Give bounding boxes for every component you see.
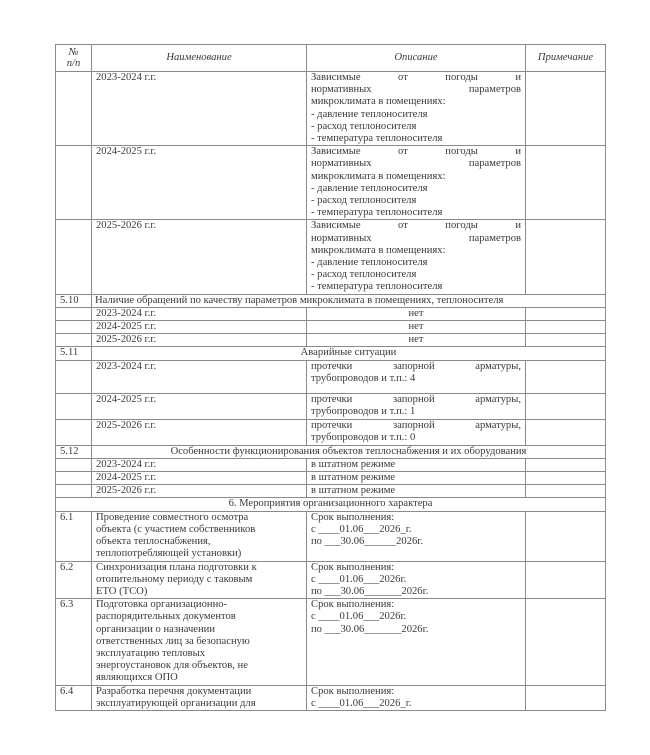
table-row: 2025-2026 г.г. нет	[56, 334, 606, 347]
deadline-cell: Срок выполнения: с ____01.06___2026_г.	[307, 685, 526, 710]
deadline-cell: Срок выполнения: с ____01.06___2026г. по…	[307, 561, 526, 599]
period-cell: 2024-2025 г.г.	[92, 472, 307, 485]
value-cell: в штатном режиме	[307, 472, 526, 485]
period-cell: 2024-2025 г.г.	[92, 146, 307, 220]
row-number: 5.12	[56, 445, 92, 458]
document-table: № п/п Наименование Описание Примечание 2…	[55, 44, 606, 711]
section-title: Аварийные ситуации	[92, 347, 606, 360]
description-cell: протечки запорной арматуры, трубопроводо…	[307, 419, 526, 445]
value-cell: нет	[307, 334, 526, 347]
period-cell: 2024-2025 г.г.	[92, 393, 307, 419]
section-row-5-10: 5.10 Наличие обращений по качеству парам…	[56, 294, 606, 307]
description-cell: протечки запорной арматуры, трубопроводо…	[307, 393, 526, 419]
note-cell	[526, 334, 606, 347]
name-cell: Разработка перечня документации эксплуат…	[92, 685, 307, 710]
row-number: 5.10	[56, 294, 92, 307]
period-cell: 2025-2026 г.г.	[92, 485, 307, 498]
section-row-5-12: 5.12 Особенности функционирования объект…	[56, 445, 606, 458]
table-row: 6.4 Разработка перечня документации эксп…	[56, 685, 606, 710]
name-cell: Подготовка организационно- распорядитель…	[92, 599, 307, 685]
table-row: 2024-2025 г.г. в штатном режиме	[56, 472, 606, 485]
note-cell	[526, 307, 606, 320]
period-cell: 2025-2026 г.г.	[92, 334, 307, 347]
description-cell: Зависимые от погоды и нормативных параме…	[307, 146, 526, 220]
date-to: по ___30.06_______2026г.	[311, 586, 521, 598]
table-row: 2025-2026 г.г. Зависимые от погоды и нор…	[56, 220, 606, 294]
section-row-5-11: 5.11 Аварийные ситуации	[56, 347, 606, 360]
value-cell: нет	[307, 307, 526, 320]
date-from: с ____01.06___2026г.	[311, 574, 521, 586]
value-cell: в штатном режиме	[307, 485, 526, 498]
description-cell: Зависимые от погоды и нормативных параме…	[307, 72, 526, 146]
row-number: 5.11	[56, 347, 92, 360]
note-cell	[526, 321, 606, 334]
period-cell: 2024-2025 г.г.	[92, 321, 307, 334]
note-cell	[526, 393, 606, 419]
description-cell: протечки запорной арматуры, трубопроводо…	[307, 360, 526, 393]
section-title: Особенности функционирования объектов те…	[92, 445, 606, 458]
note-cell	[526, 146, 606, 220]
note-cell	[526, 485, 606, 498]
period-cell: 2025-2026 г.г.	[92, 419, 307, 445]
note-cell	[526, 419, 606, 445]
header-num: № п/п	[56, 45, 92, 72]
note-cell	[526, 599, 606, 685]
table-row: 6.2 Синхронизация плана подготовки к ото…	[56, 561, 606, 599]
date-from: с ____01.06___2026г.	[311, 611, 521, 623]
period-cell: 2023-2024 г.г.	[92, 72, 307, 146]
date-to: по ___30.06______2026г.	[311, 536, 521, 548]
deadline-cell: Срок выполнения: с ____01.06___2026_г. п…	[307, 511, 526, 561]
note-cell	[526, 472, 606, 485]
header-num-line2: п/п	[67, 58, 81, 69]
note-cell	[526, 511, 606, 561]
note-cell	[526, 685, 606, 710]
table-row: 2025-2026 г.г. в штатном режиме	[56, 485, 606, 498]
deadline-cell: Срок выполнения: с ____01.06___2026г. по…	[307, 599, 526, 685]
header-description: Описание	[307, 45, 526, 72]
date-from: с ____01.06___2026_г.	[311, 524, 521, 536]
date-to: по ___30.06_______2026г.	[311, 624, 521, 636]
table-row: 2025-2026 г.г. протечки запорной арматур…	[56, 419, 606, 445]
name-cell: Проведение совместного осмотра объекта (…	[92, 511, 307, 561]
period-cell: 2023-2024 г.г.	[92, 458, 307, 471]
name-cell: Синхронизация плана подготовки к отопите…	[92, 561, 307, 599]
note-cell	[526, 561, 606, 599]
header-note: Примечание	[526, 45, 606, 72]
period-cell: 2025-2026 г.г.	[92, 220, 307, 294]
value-cell: в штатном режиме	[307, 458, 526, 471]
description-cell: Зависимые от погоды и нормативных параме…	[307, 220, 526, 294]
row-number: 6.2	[56, 561, 92, 599]
row-number: 6.4	[56, 685, 92, 710]
note-cell	[526, 360, 606, 393]
note-cell	[526, 72, 606, 146]
header-name: Наименование	[92, 45, 307, 72]
table-row: 2023-2024 г.г. Зависимые от погоды и нор…	[56, 72, 606, 146]
section-title: 6. Мероприятия организационного характер…	[56, 498, 606, 511]
header-num-line1: №	[69, 47, 79, 58]
date-from: с ____01.06___2026_г.	[311, 698, 521, 710]
row-number: 6.1	[56, 511, 92, 561]
table-row: 2023-2024 г.г. нет	[56, 307, 606, 320]
table-row: 6.1 Проведение совместного осмотра объек…	[56, 511, 606, 561]
table-row: 2024-2025 г.г. нет	[56, 321, 606, 334]
table-header-row: № п/п Наименование Описание Примечание	[56, 45, 606, 72]
table-row: 2023-2024 г.г. протечки запорной арматур…	[56, 360, 606, 393]
row-number: 6.3	[56, 599, 92, 685]
section-6-header: 6. Мероприятия организационного характер…	[56, 498, 606, 511]
value-cell: нет	[307, 321, 526, 334]
section-title: Наличие обращений по качеству параметров…	[92, 294, 606, 307]
table-row: 2023-2024 г.г. в штатном режиме	[56, 458, 606, 471]
table-row: 6.3 Подготовка организационно- распоряди…	[56, 599, 606, 685]
table-row: 2024-2025 г.г. протечки запорной арматур…	[56, 393, 606, 419]
period-cell: 2023-2024 г.г.	[92, 307, 307, 320]
table-row: 2024-2025 г.г. Зависимые от погоды и нор…	[56, 146, 606, 220]
note-cell	[526, 220, 606, 294]
period-cell: 2023-2024 г.г.	[92, 360, 307, 393]
note-cell	[526, 458, 606, 471]
